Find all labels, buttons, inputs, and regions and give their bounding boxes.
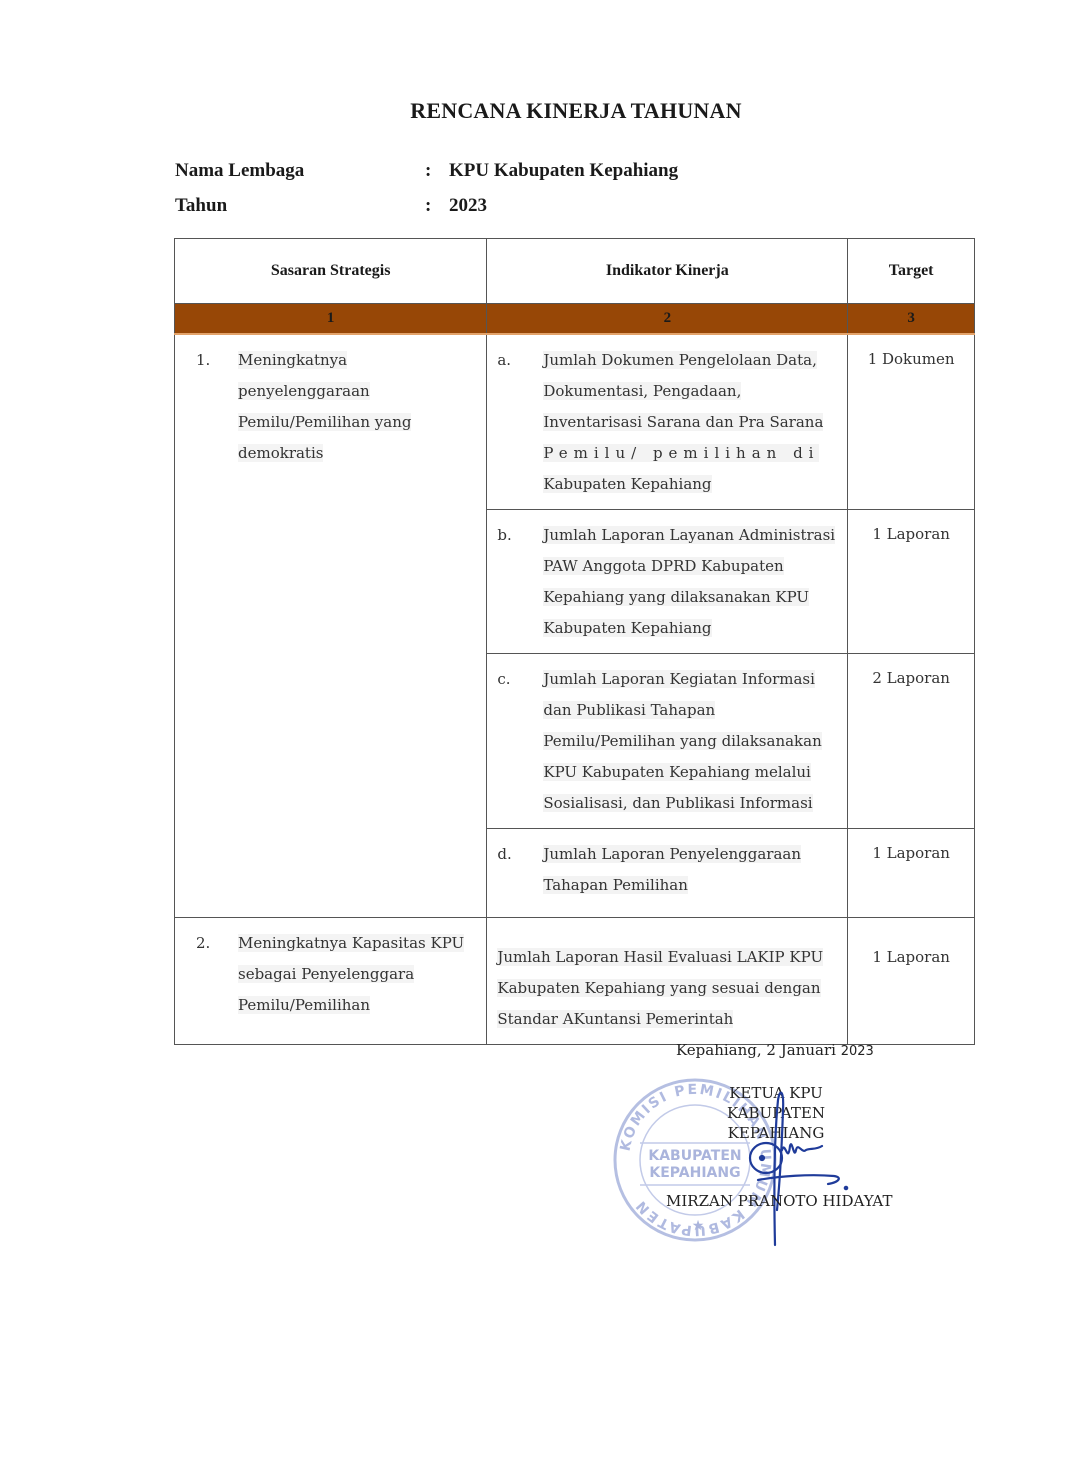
indikator-mark: a. bbox=[497, 345, 543, 500]
indikator-text-line: dan Publikasi Tahapan bbox=[543, 701, 715, 719]
performance-plan-table: Sasaran Strategis Indikator Kinerja Targ… bbox=[174, 238, 975, 1045]
sasaran-text-line: penyelenggaraan bbox=[238, 382, 370, 400]
column-number: 2 bbox=[487, 304, 848, 335]
indikator-text-line: Tahapan Pemilihan bbox=[543, 876, 688, 894]
handwritten-signature-icon bbox=[730, 1080, 860, 1250]
header-sasaran-strategis: Sasaran Strategis bbox=[175, 239, 487, 304]
svg-text:KABUPATEN: KABUPATEN bbox=[648, 1148, 741, 1164]
document-title: RENCANA KINERJA TAHUNAN bbox=[0, 98, 1079, 124]
target-cell: 1 Laporan bbox=[848, 510, 975, 654]
svg-text:KEPAHIANG: KEPAHIANG bbox=[649, 1165, 740, 1181]
target-cell: 1 Laporan bbox=[848, 918, 975, 1045]
sasaran-cell: 1.MeningkatnyapenyelenggaraanPemilu/Pemi… bbox=[175, 334, 487, 918]
indikator-text-line: Kabupaten Kepahiang bbox=[543, 619, 711, 637]
tahun-value: 2023 bbox=[449, 195, 487, 217]
column-number-row: 1 2 3 bbox=[175, 304, 975, 335]
indikator-text-line: Kabupaten Kepahiang yang sesuai dengan bbox=[497, 979, 820, 997]
sasaran-text-line: Pemilu/Pemilihan yang bbox=[238, 413, 411, 431]
sasaran-cell: 2.Meningkatnya Kapasitas KPUsebagai Peny… bbox=[175, 918, 487, 1045]
indikator-cell: b.Jumlah Laporan Layanan AdministrasiPAW… bbox=[487, 510, 848, 654]
svg-text:★: ★ bbox=[692, 1218, 705, 1234]
indikator-mark: d. bbox=[497, 839, 543, 901]
column-number: 3 bbox=[848, 304, 975, 335]
sasaran-number: 2. bbox=[196, 928, 238, 1021]
indikator-mark: c. bbox=[497, 664, 543, 819]
header-indikator-kinerja: Indikator Kinerja bbox=[487, 239, 848, 304]
indikator-text-line: Jumlah Laporan Penyelenggaraan bbox=[543, 845, 801, 863]
tahun-label: Tahun bbox=[175, 195, 227, 217]
header-target: Target bbox=[848, 239, 975, 304]
place-date-text: Kepahiang, 2 Januari bbox=[676, 1041, 836, 1059]
signatory-name: MIRZAN PRANOTO HIDAYAT bbox=[666, 1192, 892, 1210]
sasaran-text-line: Meningkatnya Kapasitas KPU bbox=[238, 934, 464, 952]
indikator-text-line: Sosialisasi, dan Publikasi Informasi bbox=[543, 794, 812, 812]
indikator-cell: c.Jumlah Laporan Kegiatan Informasidan P… bbox=[487, 654, 848, 829]
indikator-text-line: Jumlah Laporan Layanan Administrasi bbox=[543, 526, 835, 544]
place-date-year: 2023 bbox=[841, 1044, 874, 1059]
target-cell: 2 Laporan bbox=[848, 654, 975, 829]
indikator-text-line: Kepahiang yang dilaksanakan KPU bbox=[543, 588, 809, 606]
indikator-cell: Jumlah Laporan Hasil Evaluasi LAKIP KPUK… bbox=[487, 918, 848, 1045]
indikator-text-line: Pemilu/ pemilihan di bbox=[543, 444, 819, 462]
separator: : bbox=[425, 195, 431, 217]
table-row: 2.Meningkatnya Kapasitas KPUsebagai Peny… bbox=[175, 918, 975, 1045]
nama-lembaga-value: KPU Kabupaten Kepahiang bbox=[449, 160, 678, 182]
indikator-cell: d.Jumlah Laporan PenyelenggaraanTahapan … bbox=[487, 829, 848, 918]
column-number: 1 bbox=[175, 304, 487, 335]
indikator-text-line: Jumlah Dokumen Pengelolaan Data, bbox=[543, 351, 817, 369]
sasaran-text-line: Meningkatnya bbox=[238, 351, 347, 369]
sasaran-text-line: sebagai Penyelenggara bbox=[238, 965, 414, 983]
target-cell: 1 Dokumen bbox=[848, 334, 975, 510]
indikator-mark: b. bbox=[497, 520, 543, 644]
separator: : bbox=[425, 160, 431, 182]
indikator-text-line: Pemilu/Pemilihan yang dilaksanakan bbox=[543, 732, 821, 750]
indikator-text-line: Standar AKuntansi Pemerintah bbox=[497, 1010, 733, 1028]
indikator-text-line: Dokumentasi, Pengadaan, bbox=[543, 382, 741, 400]
sasaran-text-line: demokratis bbox=[238, 444, 323, 462]
nama-lembaga-label: Nama Lembaga bbox=[175, 160, 304, 182]
indikator-text-line: Kabupaten Kepahiang bbox=[543, 475, 711, 493]
sasaran-text-line: Pemilu/Pemilihan bbox=[238, 996, 370, 1014]
table-header-row: Sasaran Strategis Indikator Kinerja Targ… bbox=[175, 239, 975, 304]
indikator-text-line: KPU Kabupaten Kepahiang melalui bbox=[543, 763, 811, 781]
indikator-text-line: PAW Anggota DPRD Kabupaten bbox=[543, 557, 783, 575]
indikator-text-line: Jumlah Laporan Hasil Evaluasi LAKIP KPU bbox=[497, 948, 823, 966]
table-row: 1.MeningkatnyapenyelenggaraanPemilu/Pemi… bbox=[175, 334, 975, 510]
indikator-text-line: Jumlah Laporan Kegiatan Informasi bbox=[543, 670, 815, 688]
target-cell: 1 Laporan bbox=[848, 829, 975, 918]
place-date: Kepahiang, 2 Januari 2023 bbox=[676, 1041, 874, 1059]
indikator-text-line: Inventarisasi Sarana dan Pra Sarana bbox=[543, 413, 823, 431]
sasaran-number: 1. bbox=[196, 345, 238, 469]
indikator-cell: a.Jumlah Dokumen Pengelolaan Data,Dokume… bbox=[487, 334, 848, 510]
